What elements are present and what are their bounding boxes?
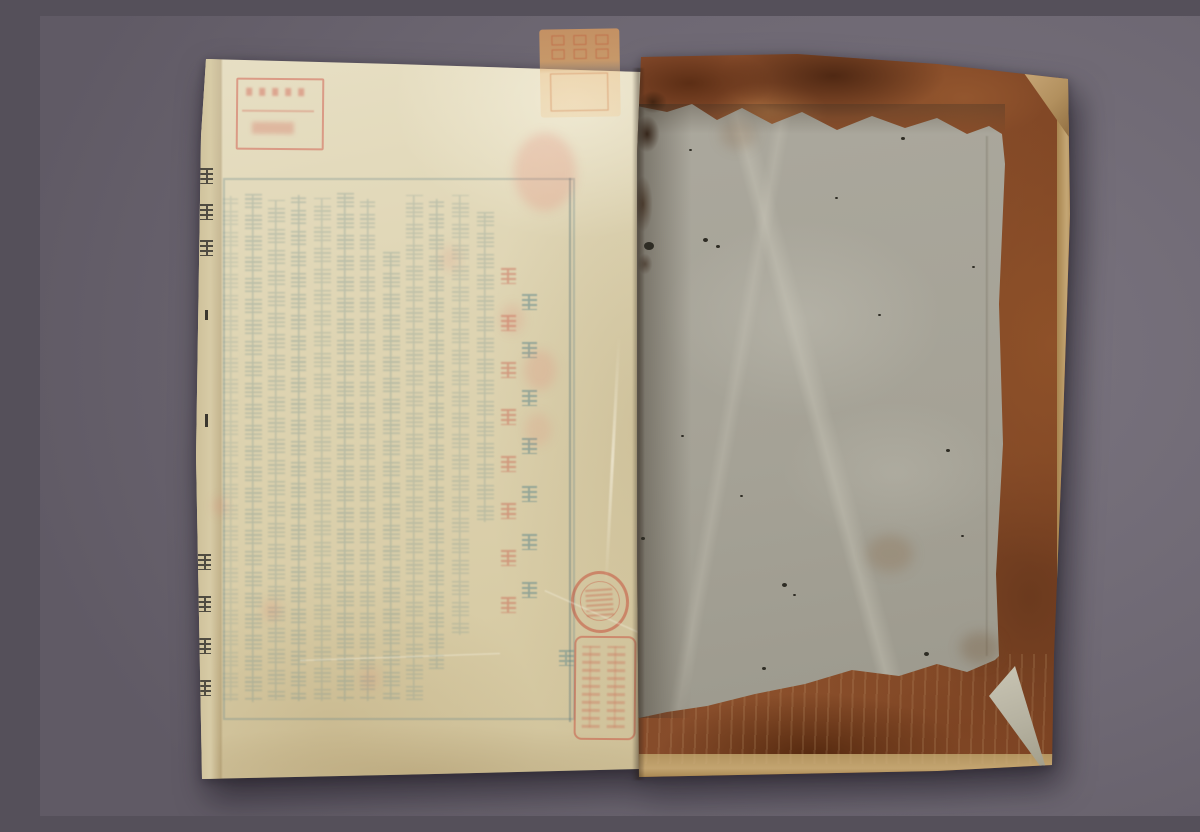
sticker-character-mark <box>552 49 565 59</box>
pink-offset-mark <box>361 667 379 690</box>
ghost-text-column <box>383 252 400 700</box>
paper-speck <box>703 238 708 242</box>
page-crease <box>604 336 620 586</box>
ghost-text-column <box>477 212 494 522</box>
ghost-text-column <box>245 194 262 702</box>
paper-speck <box>644 242 654 250</box>
banxin-glyph <box>522 486 537 502</box>
banxin-glyph <box>522 534 537 550</box>
stamp-marks <box>246 88 306 97</box>
left-page <box>195 56 642 780</box>
edge-stitch-tick <box>205 310 208 320</box>
red-offset-glyph <box>501 597 516 613</box>
sticker-marks <box>539 28 619 29</box>
ghost-text-column <box>268 200 285 700</box>
sticker-square-outline <box>550 73 609 112</box>
edge-handwritten-glyph <box>198 680 211 696</box>
pink-offset-mark <box>500 304 524 334</box>
edge-handwritten-glyph <box>198 554 211 570</box>
pink-offset-mark <box>524 350 556 390</box>
red-offset-glyph <box>501 362 516 378</box>
ghost-frame-right-border <box>569 178 571 722</box>
stamp-divider <box>242 110 314 113</box>
ghost-text-column <box>360 199 375 701</box>
paper-speck <box>924 652 929 656</box>
sticker-character-mark <box>595 34 608 44</box>
banxin-glyph <box>522 390 537 406</box>
sticker-character-mark <box>574 49 587 59</box>
pastedown-stain <box>867 535 913 572</box>
red-offset-glyph <box>501 456 516 472</box>
pastedown-crease <box>986 136 989 656</box>
ghost-text-column <box>406 195 423 700</box>
edge-handwritten-glyph <box>198 596 211 612</box>
pink-offset-mark <box>264 600 280 620</box>
pastedown-stain <box>960 632 1000 664</box>
red-offset-glyph <box>501 503 516 519</box>
paper-sticker <box>539 28 621 117</box>
ghost-text-column <box>291 195 306 701</box>
red-offset-glyph <box>501 409 516 425</box>
banxin-glyph <box>522 582 537 598</box>
pink-offset-mark <box>525 413 551 446</box>
pink-offset-mark <box>440 246 460 271</box>
pink-offset-mark <box>514 133 576 211</box>
ghost-text-column <box>337 193 354 701</box>
sticker-character-mark <box>596 48 609 58</box>
sticker-character-mark <box>551 35 564 45</box>
red-offset-glyph <box>501 550 516 566</box>
board-edge-right <box>1057 72 1073 774</box>
accession-stamp-seal <box>236 78 325 151</box>
paper-speck <box>782 583 787 587</box>
photo-backdrop: Photograph of an antique East Asian stit… <box>40 16 1200 816</box>
edge-stitch-tick <box>205 414 208 427</box>
stamp-smudge <box>252 122 294 134</box>
ghost-text-column <box>314 198 331 701</box>
gutter-seam-shadow <box>632 68 644 780</box>
rect-seal-glyph-column <box>607 646 626 728</box>
leather-fragments <box>637 74 685 294</box>
red-offset-glyph <box>501 268 516 284</box>
rect-collector-seal <box>574 636 637 741</box>
round-seal-glyphs <box>585 586 614 617</box>
edge-handwritten-glyph <box>200 168 213 184</box>
pink-offset-mark <box>213 497 227 515</box>
ghost-text-column <box>429 199 444 669</box>
rect-seal-glyph-column <box>582 646 601 728</box>
sticker-character-mark <box>573 35 586 45</box>
page-fore-edge <box>195 56 223 780</box>
edge-handwritten-glyph <box>200 240 213 256</box>
ghost-text-column <box>223 196 238 701</box>
edge-handwritten-glyph <box>200 204 213 220</box>
banxin-glyph <box>522 294 537 310</box>
pastedown-stain <box>720 120 756 149</box>
edge-handwritten-glyph <box>198 638 211 654</box>
back-cover-inside <box>637 54 1073 778</box>
ghost-glyph <box>559 650 574 666</box>
book <box>40 16 1200 816</box>
